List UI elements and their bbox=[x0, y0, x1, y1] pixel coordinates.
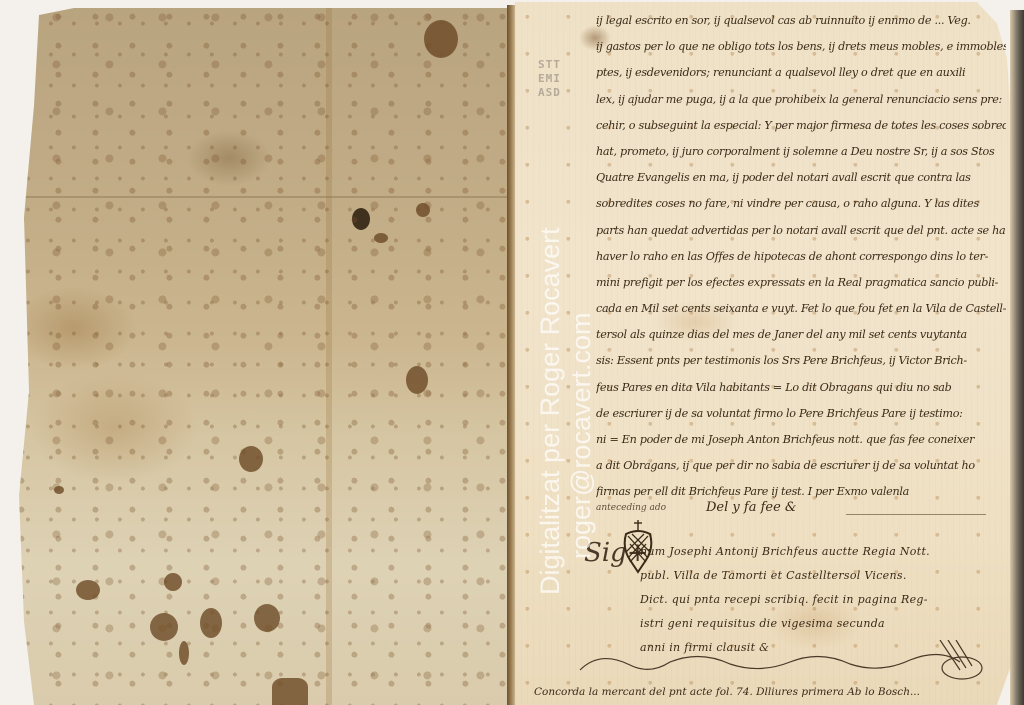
manuscript-line: de escriurer ij de sa voluntat firmo lo … bbox=[596, 401, 1006, 427]
stain bbox=[54, 486, 64, 494]
book-gutter bbox=[507, 5, 515, 705]
digitization-watermark: Digitalitzat per Roger Rocavert roger@ro… bbox=[535, 227, 597, 595]
signature-line: Dict. qui pnta recepi scribiq. fecit in … bbox=[640, 588, 990, 612]
closing-left: anteceding ado bbox=[596, 503, 666, 513]
manuscript-line: cada en Mil set cents seixanta e vuyt. F… bbox=[596, 296, 1006, 322]
manuscript-spread: STT EMI ASD ij legal escrito en sor, ij … bbox=[0, 0, 1024, 705]
left-page-blank bbox=[14, 8, 514, 705]
manuscript-line: cehir, o subseguint la especial: Y per m… bbox=[596, 113, 1006, 139]
manuscript-line: sobredites coses no fare, ni vindre per … bbox=[596, 191, 1006, 217]
manuscript-line: tersol als quinze dias del mes de Janer … bbox=[596, 322, 1006, 348]
watermark-email: roger@rocavert.com bbox=[565, 227, 597, 559]
signature-line: publ. Villa de Tamorti et Castelltersol … bbox=[640, 564, 990, 588]
closing-line: anteceding ado Del y fa fee & bbox=[596, 500, 996, 513]
stamp-line: ASD bbox=[538, 86, 594, 100]
stain bbox=[352, 208, 370, 230]
stain bbox=[164, 573, 182, 591]
watermark-credit: Digitalitzat per Roger Rocavert bbox=[535, 227, 565, 595]
stain bbox=[272, 678, 308, 705]
manuscript-line: haver lo raho en las Offes de hipotecas … bbox=[596, 244, 1006, 270]
stain bbox=[254, 604, 280, 632]
manuscript-line: a dit Obragans, ij que per dir no sabia … bbox=[596, 453, 1006, 479]
signature-line: istri geni requisitus die vigesima secun… bbox=[640, 612, 990, 636]
stain bbox=[406, 366, 428, 394]
manuscript-line: parts han quedat advertidas per lo notar… bbox=[596, 218, 1006, 244]
bottom-annotation-line: Concorda la mercant del pnt acte fol. 74… bbox=[534, 686, 994, 698]
manuscript-line: mini prefigit per los efectes expressats… bbox=[596, 270, 1006, 296]
stamp-line: EMI bbox=[538, 72, 594, 86]
signature-flourish-icon bbox=[560, 640, 1000, 680]
manuscript-line: ij legal escrito en sor, ij qualsevol ca… bbox=[596, 8, 1006, 34]
stain bbox=[374, 233, 388, 243]
closing-right: Del y fa fee & bbox=[706, 500, 796, 515]
horizontal-fold bbox=[14, 196, 514, 198]
manuscript-line: lex, ij ajudar me puga, ij a la que proh… bbox=[596, 87, 1006, 113]
stain bbox=[76, 580, 100, 600]
manuscript-line: ij gastos per lo que ne obligo tots los … bbox=[596, 34, 1006, 60]
closing-rule bbox=[846, 514, 986, 515]
stain bbox=[179, 641, 189, 665]
stain bbox=[424, 20, 458, 58]
manuscript-line: ni = En poder de mi Joseph Anton Brichfe… bbox=[596, 427, 1006, 453]
faded-stamp: STT EMI ASD bbox=[538, 58, 594, 100]
manuscript-line: Quatre Evangelis en ma, ij poder del not… bbox=[596, 165, 1006, 191]
page-edge-shadow bbox=[1010, 10, 1024, 705]
stain bbox=[200, 608, 222, 638]
signature-line: num Josephi Antonij Brichfeus auctte Reg… bbox=[640, 540, 990, 564]
stain bbox=[239, 446, 263, 472]
manuscript-line: hat, prometo, ij juro corporalment ij so… bbox=[596, 139, 1006, 165]
manuscript-line: feus Pares en dita Vila habitants = Lo d… bbox=[596, 375, 1006, 401]
stamp-line: STT bbox=[538, 58, 594, 72]
stain bbox=[150, 613, 178, 641]
manuscript-line: sis: Essent pnts per testimonis los Srs … bbox=[596, 348, 1006, 374]
manuscript-line: ptes, ij esdevenidors; renunciant a qual… bbox=[596, 60, 1006, 86]
stain bbox=[416, 203, 430, 217]
manuscript-body: ij legal escrito en sor, ij qualsevol ca… bbox=[596, 8, 1006, 506]
vertical-stain-streak bbox=[326, 8, 332, 705]
